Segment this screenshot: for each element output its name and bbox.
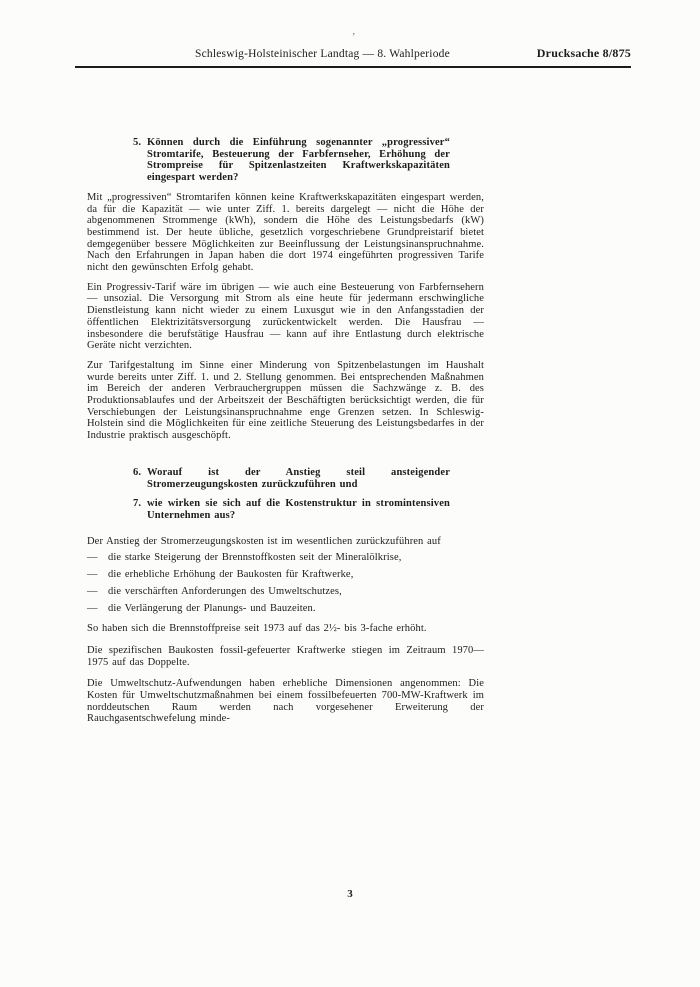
answer-paragraph-fuel-prices: So haben sich die Brennstoffpreise seit … xyxy=(87,623,484,635)
question-5-text: Können durch die Einführung sogenannter … xyxy=(147,137,450,183)
question-item-7: 7. wie wirken sie sich auf die Kostenstr… xyxy=(87,498,450,521)
dash-bullet-icon: — xyxy=(87,552,98,564)
page-header: Schleswig-Holsteinischer Landtag — 8. Wa… xyxy=(75,46,631,68)
list-item-text: die Verlängerung der Planungs- und Bauze… xyxy=(108,603,316,614)
list-item: — die Verlängerung der Planungs- und Bau… xyxy=(87,603,484,615)
page-number: 3 xyxy=(347,888,353,900)
question-item-5: 5. Können durch die Einführung sogenannt… xyxy=(87,137,450,184)
answer-paragraph-unsocial: Ein Progressiv-Tarif wäre im übrigen — w… xyxy=(87,282,484,352)
question-7-text: wie wirken sie sich auf die Kostenstrukt… xyxy=(147,498,450,521)
question-7-number: 7. xyxy=(133,498,141,510)
list-item-text: die erhebliche Erhöhung der Baukosten fü… xyxy=(108,569,353,580)
list-item: — die verschärften Anforderungen des Umw… xyxy=(87,586,484,598)
answer-paragraph-construction-costs: Die spezifischen Baukosten fossil-gefeue… xyxy=(87,645,484,668)
dash-bullet-icon: — xyxy=(87,603,98,615)
dash-bullet-icon: — xyxy=(87,569,98,581)
document-page: Schleswig-Holsteinischer Landtag — 8. Wa… xyxy=(0,0,700,987)
page-footer: 3 xyxy=(0,888,700,900)
question-6-text: Worauf ist der Anstieg steil ansteigende… xyxy=(147,467,450,490)
answer-paragraph-cost-increase-intro: Der Anstieg der Stromerzeugungskosten is… xyxy=(87,536,484,548)
list-item-text: die verschärften Anforderungen des Umwel… xyxy=(108,586,342,597)
list-item: — die erhebliche Erhöhung der Baukosten … xyxy=(87,569,484,581)
scan-artifact-mark: ’ xyxy=(352,32,355,43)
header-document-number: Drucksache 8/875 xyxy=(537,46,631,61)
answer-paragraph-tariff-design: Zur Tarifgestaltung im Sinne einer Minde… xyxy=(87,360,484,442)
question-item-6: 6. Worauf ist der Anstieg steil ansteige… xyxy=(87,467,450,490)
answer-paragraph-progressive-tariffs: Mit „progressiven“ Stromtarifen können k… xyxy=(87,192,484,274)
cost-increase-reason-list: — die starke Steigerung der Brennstoffko… xyxy=(87,552,484,614)
question-5-number: 5. xyxy=(133,137,141,149)
list-item-text: die starke Steigerung der Brennstoffkost… xyxy=(108,552,401,563)
question-6-number: 6. xyxy=(133,467,141,479)
answer-paragraph-environment-costs: Die Umweltschutz-Aufwendungen haben erhe… xyxy=(87,678,484,725)
document-body: 5. Können durch die Einführung sogenannt… xyxy=(87,137,484,725)
list-item: — die starke Steigerung der Brennstoffko… xyxy=(87,552,484,564)
header-title: Schleswig-Holsteinischer Landtag — 8. Wa… xyxy=(195,48,450,60)
dash-bullet-icon: — xyxy=(87,586,98,598)
